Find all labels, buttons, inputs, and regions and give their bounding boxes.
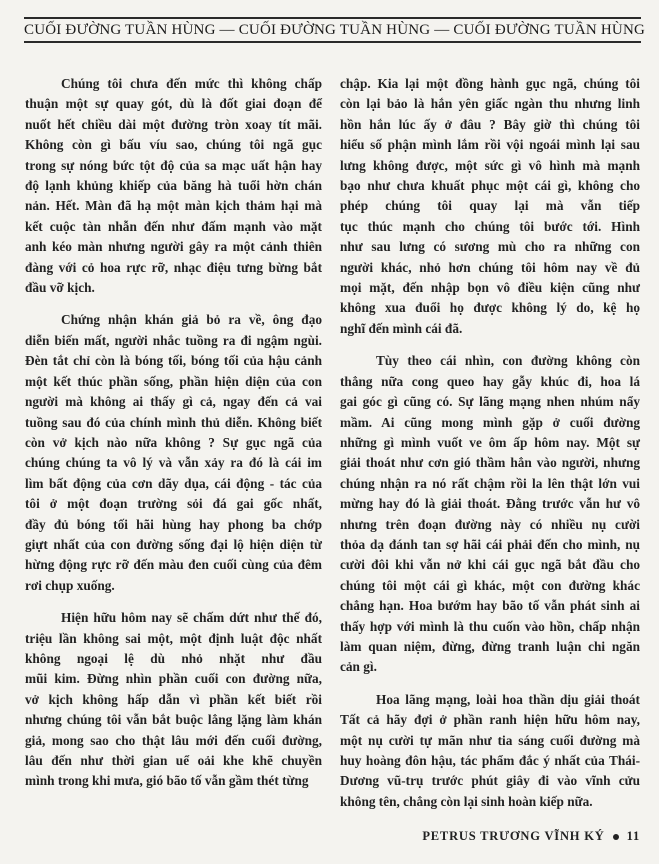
paragraph: Hiện hữu hôm nay sẽ chấm dứt như thế đó,… (25, 608, 322, 792)
text-line: làm quan niệm, đừng, đừng tranh luận chi… (340, 637, 640, 657)
text-line: chập. Kia lại một đồng hành gục ngã, chú… (340, 74, 640, 94)
text-line: mũi kim. Đừng nhìn phần cuối con đường n… (25, 669, 322, 689)
text-line: chúng tôi một cái gì khác, một con đường… (340, 576, 640, 596)
text-line: tôi ở một đoạn trường sỏi đá gai gốc nhấ… (25, 494, 322, 514)
text-line: còn vở kịch nào nữa không ? Sự gục ngã c… (25, 433, 322, 453)
text-line: không tên, chẳng còn lại sinh hoàn kiếp … (340, 792, 640, 812)
text-line: hiểu số phận mình lắm rồi vội ngoái mình… (340, 135, 640, 155)
text-line: chẳng hạn. Hoa bướm hay bão tố vẫn phát … (340, 596, 640, 616)
text-line: thẳng nữa cong queo hay gẫy khúc đi, hoa… (340, 372, 640, 392)
text-line: kết cuộc tàn nhẫn đến như đấm mạnh vào m… (25, 217, 322, 237)
text-line: đàng với cỏ hoa rực rỡ, nhạc điệu tưng b… (25, 258, 322, 278)
text-line: Hoa lãng mạng, loài hoa thần dịu giải th… (340, 690, 640, 710)
text-line: diễn biến mất, người nhắc tuồng ra đi ng… (25, 331, 322, 351)
text-line: giả, mong sao cho thật lâu mới đến cuối … (25, 731, 322, 751)
text-line: mình trong khi mưa, gió bão tố vẫn gầm t… (25, 771, 322, 791)
right-column: chập. Kia lại một đồng hành gục ngã, chú… (340, 74, 640, 824)
text-line: đầy đủ bóng tối hãi hùng hay phong ba ch… (25, 515, 322, 535)
running-head-title: CUỐI ĐƯỜNG TUẦN HÙNG — CUỐI ĐƯỜNG TUẦN H… (24, 19, 641, 41)
paragraph: Tùy theo cái nhìn, con đường không cònth… (340, 351, 640, 678)
text-line: rơi chụp xuống. (25, 576, 322, 596)
text-line: lâu đến như thời gian uể oải khe khẽ chu… (25, 751, 322, 771)
text-line: giải thoát như cơn gió thầm hẳn vào ngườ… (340, 453, 640, 473)
text-line: huy hoàng đôn hậu, tác phẩm đắc ý nhất c… (340, 751, 640, 771)
text-line: không xua đuổi họ được không lý do, kệ h… (340, 298, 640, 318)
text-line: lìm bất động của cơn dãy dụa, cái động -… (25, 474, 322, 494)
text-line: đầu vỡ kịch. (25, 278, 322, 298)
text-line: thấy hợp với mình là thu cuốn vào hồn, c… (340, 617, 640, 637)
text-line: nhưng trên đoạn đường này có nhiều nụ cư… (340, 515, 640, 535)
text-line: chúng nhận ra nó rất chậm rồi la lên thậ… (340, 474, 640, 494)
text-line: anh kéo màn nhưng người gây ra một cảnh … (25, 237, 322, 257)
text-line: thỏa dạ đánh tan sợ hãi cái phải đến cho… (340, 535, 640, 555)
text-line: một kết thúc phần sống, phần hiện diện c… (25, 372, 322, 392)
text-line: chúng chúng ta vô lý và vẫn xảy ra đó là… (25, 453, 322, 473)
text-line: vở kịch không hấp dẫn vì phần kết biết r… (25, 690, 322, 710)
footer-publication: PETRUS TRƯƠNG VĨNH KÝ (422, 829, 604, 844)
text-line: Chứng nhận khán giả bỏ ra về, ông đạo (25, 310, 322, 330)
text-line: tuồng sau đó của chính mình thủ diễn. Kh… (25, 413, 322, 433)
text-line: triệu lần không sai một, một định luật đ… (25, 629, 322, 649)
running-head: CUỐI ĐƯỜNG TUẦN HÙNG — CUỐI ĐƯỜNG TUẦN H… (24, 17, 641, 43)
paragraph: Chúng tôi chưa đến mức thì không chấpthu… (25, 74, 322, 298)
text-line: phép chúng tôi quay lại mà vẫn tiếp (340, 196, 640, 216)
text-line: Đèn tắt chỉ còn là bóng tối, bóng tối củ… (25, 351, 322, 371)
text-line: nản. Hết. Màn đã hạ một màn kịch thảm hạ… (25, 196, 322, 216)
text-line: cản gì. (340, 657, 640, 677)
text-line: mừng hay đó là giải thoát. Đằng trước vẫ… (340, 494, 640, 514)
text-line: không ngoại lệ dù nhỏ nhặt như đầu (25, 649, 322, 669)
bullet-icon (613, 834, 619, 840)
text-line: nghĩ đến mình cái đã. (340, 319, 640, 339)
text-line: Tùy theo cái nhìn, con đường không còn (340, 351, 640, 371)
text-line: còn lại bảo là hắn yên giấc ngàn thu như… (340, 94, 640, 114)
text-line: nhưng chúng tôi vẫn bắt buộc lẳng lặng l… (25, 710, 322, 730)
text-line: người mà không ai thấy gì cả, ngay đến c… (25, 392, 322, 412)
text-line: hừng động rực rỡ đến màu đen cuối cùng c… (25, 555, 322, 575)
text-line: bạo như chưa khuất phục một cái gì, khôn… (340, 176, 640, 196)
paragraph: Hoa lãng mạng, loài hoa thần dịu giải th… (340, 690, 640, 812)
text-line: Chúng tôi chưa đến mức thì không chấp (25, 74, 322, 94)
text-line: mầm. Ai cũng mong mình gặp ở cuối đường (340, 413, 640, 433)
text-line: gai góc gì cũng có. Sự lãng mạng nhen nh… (340, 392, 640, 412)
text-line: những gì mình vuốt ve ôm ấp hôm nay. Một… (340, 433, 640, 453)
text-line: trong sự nóng bức tột độ của sa mạc uất … (25, 156, 322, 176)
text-line: lưng không được, một sức gì vô hình mà m… (340, 156, 640, 176)
text-line: hồn hắn lúc ấy ở đâu ? Bây giờ thì chúng… (340, 115, 640, 135)
text-line: giựt nhất của con đường sống đại lộ hiện… (25, 535, 322, 555)
text-line: Dương vũ-trụ trước phút giây đi vào vĩnh… (340, 771, 640, 791)
text-line: Hiện hữu hôm nay sẽ chấm dứt như thế đó, (25, 608, 322, 628)
text-line: một nụ cười tự mãn như tia sáng cuối đườ… (340, 731, 640, 751)
text-line: mọi mặt, đến nhập bọn vô điều kiện cũng … (340, 278, 640, 298)
paragraph: Chứng nhận khán giả bỏ ra về, ông đạodiễ… (25, 310, 322, 596)
text-line: người khác, nhỏ hơn chúng tôi hôm nay về… (340, 258, 640, 278)
text-line: nuốt hết chiều dài một đường tròn xoay t… (25, 115, 322, 135)
text-line: thuận một sự quay gót, dù là đốt giai đo… (25, 94, 322, 114)
page-number: 11 (627, 829, 640, 844)
header-rule-bottom (24, 41, 641, 43)
paragraph: chập. Kia lại một đồng hành gục ngã, chú… (340, 74, 640, 339)
text-line: cười đôi khi vẫn nở khi cái gục ngã bắt … (340, 555, 640, 575)
text-line: Không còn gì bấu víu sao, chúng tôi ngã … (25, 135, 322, 155)
page-footer: PETRUS TRƯƠNG VĨNH KÝ 11 (418, 829, 640, 844)
text-line: như sau lưng có sương mù cho ra những co… (340, 237, 640, 257)
left-column: Chúng tôi chưa đến mức thì không chấpthu… (25, 74, 322, 804)
text-line: độ lạnh khủng khiếp của băng hà tuổi hờn… (25, 176, 322, 196)
text-line: Tất cả hãy đợi ở phần ranh hiện hữu hôm … (340, 710, 640, 730)
text-line: tục thúc mạnh cho chúng tôi bước tới. Hì… (340, 217, 640, 237)
